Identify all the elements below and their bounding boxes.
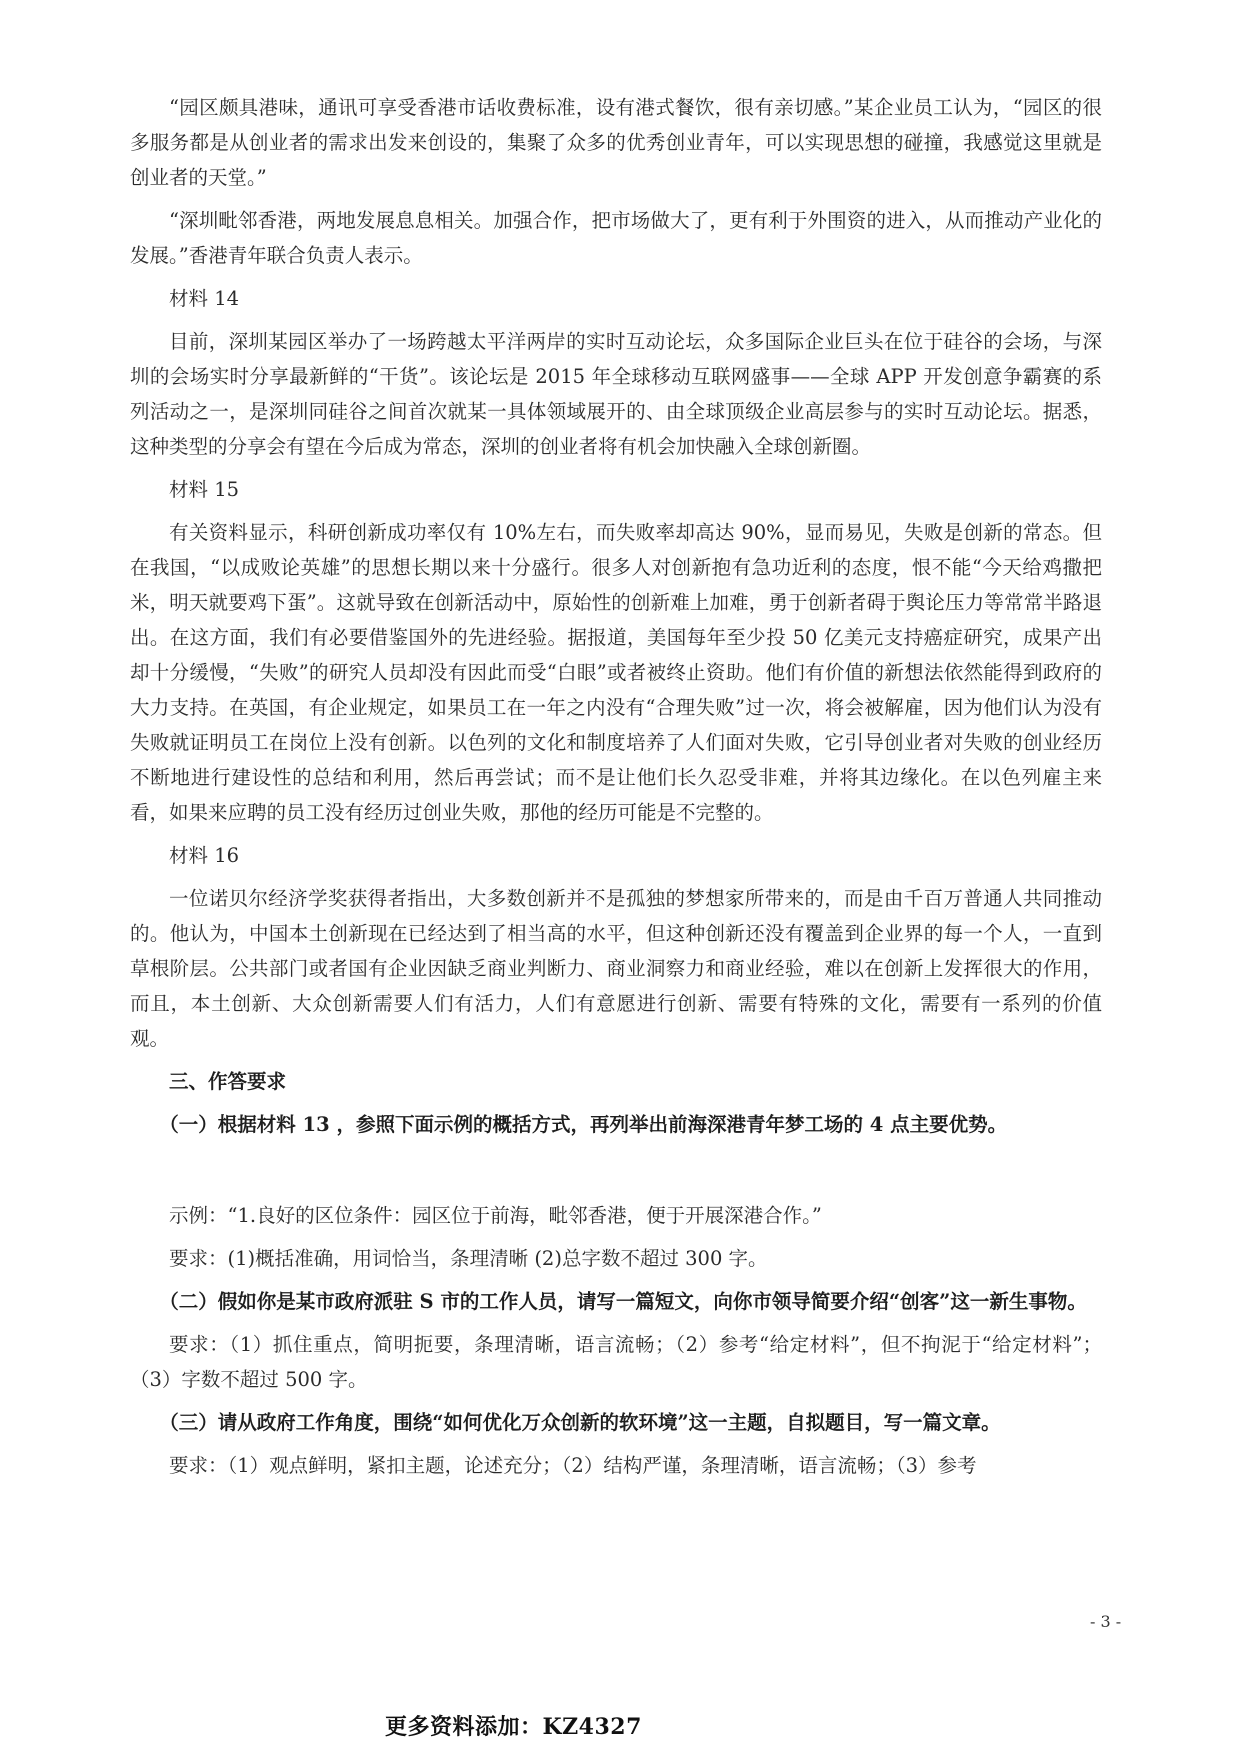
question-2-requirement: 要求：（1）抓住重点，简明扼要，条理清晰，语言流畅；（2）参考“给定材料”，但不…: [130, 1327, 1102, 1397]
material-16-text: 一位诺贝尔经济学奖获得者指出，大多数创新并不是孤独的梦想家所带来的，而是由千百万…: [130, 881, 1102, 1056]
document-page: “园区颇具港味，通讯可享受香港市话收费标准，设有港式餐饮，很有亲切感。”某企业员…: [130, 90, 1102, 1491]
quote-paragraph-employee: “园区颇具港味，通讯可享受香港市话收费标准，设有港式餐饮，很有亲切感。”某企业员…: [130, 90, 1102, 195]
question-3-requirement: 要求：（1）观点鲜明，紧扣主题，论述充分；（2）结构严谨，条理清晰，语言流畅；（…: [130, 1448, 1102, 1483]
footer-contact-note: 更多资料添加：KZ4327: [385, 1710, 642, 1741]
question-2-prompt: （二）假如你是某市政府派驻 S 市的工作人员，请写一篇短文，向你市领导简要介绍“…: [130, 1284, 1102, 1319]
question-3-prompt: （三）请从政府工作角度，围绕“如何优化万众创新的软环境”这一主题，自拟题目，写一…: [130, 1405, 1102, 1440]
material-14-title: 材料 14: [130, 281, 1102, 316]
question-1-prompt: （一）根据材料 13 ，参照下面示例的概括方式，再列举出前海深港青年梦工场的 4…: [130, 1107, 1102, 1142]
material-15-text: 有关资料显示，科研创新成功率仅有 10%左右，而失败率却高达 90%，显而易见，…: [130, 515, 1102, 830]
material-15-title: 材料 15: [130, 472, 1102, 507]
question-1-example: 示例：“1.良好的区位条件：园区位于前海，毗邻香港，便于开展深港合作。”: [130, 1198, 1102, 1233]
material-14-text: 目前，深圳某园区举办了一场跨越太平洋两岸的实时互动论坛，众多国际企业巨头在位于硅…: [130, 324, 1102, 464]
page-number: - 3 -: [1090, 1612, 1121, 1631]
question-1-requirement: 要求：(1)概括准确，用词恰当，条理清晰 (2)总字数不超过 300 字。: [130, 1241, 1102, 1276]
section-heading-answer-requirements: 三、作答要求: [130, 1064, 1102, 1099]
material-16-title: 材料 16: [130, 838, 1102, 873]
quote-paragraph-hk-youth: “深圳毗邻香港，两地发展息息相关。加强合作，把市场做大了，更有利于外围资的进入，…: [130, 203, 1102, 273]
